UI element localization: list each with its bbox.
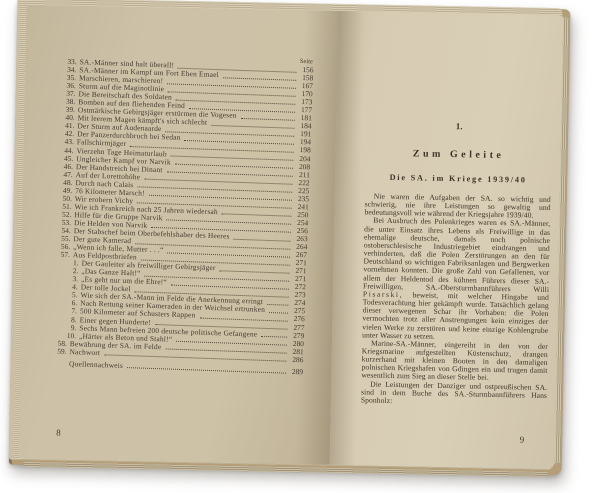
paragraph-text: beweist, mit welcher Hingabe und Todesve…: [362, 290, 549, 340]
toc-entry-number: 59.: [51, 347, 66, 356]
left-page-table-of-contents: Seite 33.SA.-Männer sind halt überall!15…: [18, 5, 339, 465]
toc-dot-leader: [104, 354, 286, 362]
toc-dot-leader: [269, 311, 288, 314]
photo-backdrop: Seite 33.SA.-Männer sind halt überall!15…: [0, 0, 600, 493]
paragraph: Bei Ausbruch des Polenkrieges waren es S…: [362, 217, 550, 343]
paragraph: Die Leistungen der Danziger und ostpreuß…: [361, 380, 547, 408]
toc-dot-leader: [261, 335, 287, 338]
chapter-subtitle: Die SA. im Kriege 1939/40: [365, 172, 551, 185]
toc-rows: 33.SA.-Männer sind halt überall!15634.SA…: [51, 58, 314, 376]
right-page-number: 9: [520, 434, 525, 444]
open-book: Seite 33.SA.-Männer sind halt überall!15…: [16, 3, 565, 473]
chapter-number: 1.: [366, 119, 552, 133]
toc-entry-title: Nachwort: [69, 348, 100, 357]
chapter-body: Nie waren die Aufgaben der SA. so wichti…: [361, 192, 551, 408]
book-pages: Seite 33.SA.-Männer sind halt überall!15…: [18, 5, 565, 469]
chapter-content: 1. Zum Geleite Die SA. im Kriege 1939/40…: [361, 119, 552, 408]
toc-entry-page: 289: [288, 367, 303, 376]
paragraph: Marine-SA.-Männer, eingereiht in den von…: [361, 339, 548, 383]
toc-entry-page: 286: [288, 355, 303, 364]
table-of-contents: Seite 33.SA.-Männer sind halt überall!15…: [51, 50, 314, 376]
toc-entry-number: [51, 367, 66, 368]
toc-dot-leader: [127, 366, 286, 374]
toc-entry-title: Quellennachweis: [69, 360, 123, 370]
right-page-chapter-start: 1. Zum Geleite Die SA. im Kriege 1939/40…: [330, 11, 565, 469]
paragraph-text: Bei Ausbruch des Polenkrieges waren es S…: [363, 216, 550, 294]
left-page-number: 8: [56, 428, 61, 438]
toc-dot-leader: [267, 303, 288, 306]
chapter-title: Zum Geleite: [366, 147, 552, 162]
